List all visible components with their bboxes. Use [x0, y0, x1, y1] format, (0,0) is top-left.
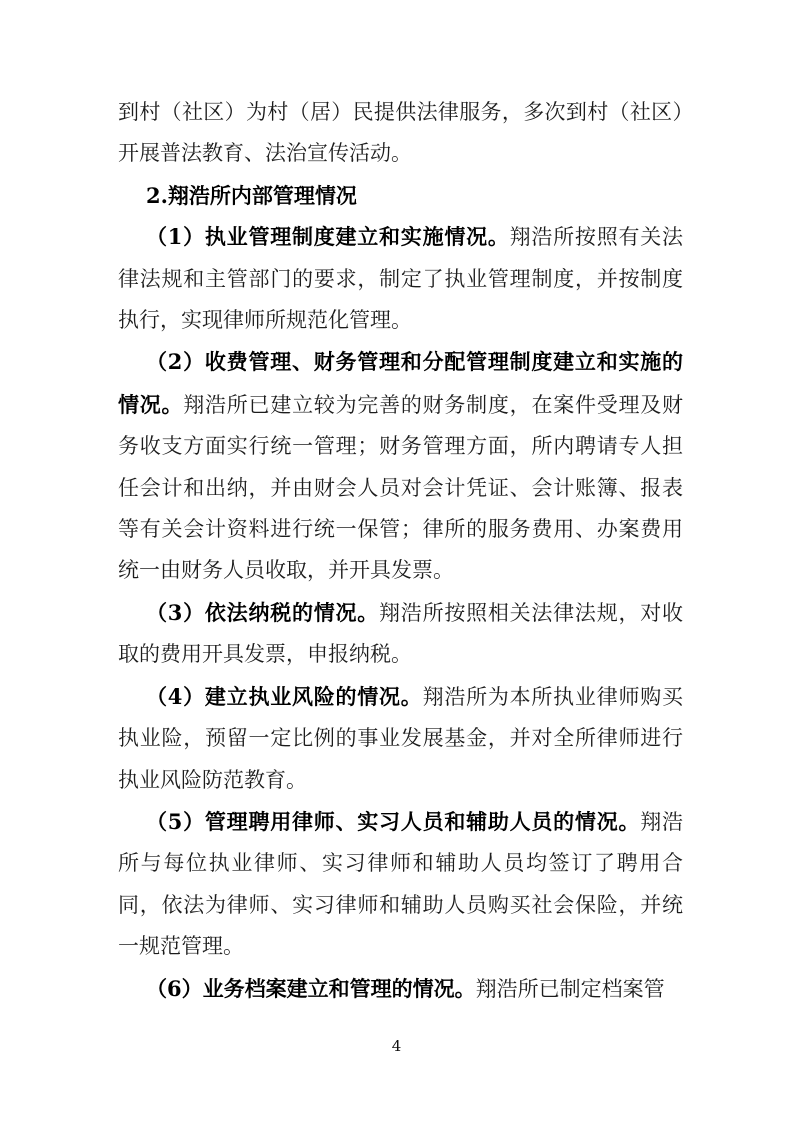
section-heading: 2.翔浩所内部管理情况: [118, 175, 683, 216]
paragraph-1-lead: （1）执业管理制度建立和实施情况。: [146, 224, 510, 249]
body-paragraph-1: （1）执业管理制度建立和实施情况。翔浩所按照有关法律法规和主管部门的要求，制定了…: [118, 216, 683, 341]
body-paragraph-5: （5）管理聘用律师、实习人员和辅助人员的情况。翔浩所与每位执业律师、实习律师和辅…: [118, 801, 683, 968]
continuation-paragraph: 到村（社区）为村（居）民提供法律服务，多次到村（社区）开展普法教育、法治宣传活动…: [118, 92, 683, 175]
body-paragraph-4: （4）建立执业风险的情况。翔浩所为本所执业律师购买执业险，预留一定比例的事业发展…: [118, 676, 683, 801]
paragraph-6-lead: （6）业务档案建立和管理的情况。: [146, 976, 476, 1001]
page-number: 4: [0, 1036, 793, 1056]
body-paragraph-3: （3）依法纳税的情况。翔浩所按照相关法律法规，对收取的费用开具发票，申报纳税。: [118, 592, 683, 676]
paragraph-6-text: 翔浩所已制定档案管: [476, 977, 665, 1001]
body-paragraph-2: （2）收费管理、财务管理和分配管理制度建立和实施的情况。翔浩所已建立较为完善的财…: [118, 341, 683, 591]
paragraph-4-lead: （4）建立执业风险的情况。: [146, 684, 423, 709]
document-body: 到村（社区）为村（居）民提供法律服务，多次到村（社区）开展普法教育、法治宣传活动…: [118, 92, 683, 1010]
paragraph-3-lead: （3）依法纳税的情况。: [146, 600, 379, 625]
paragraph-2-text: 翔浩所已建立较为完善的财务制度，在案件受理及财务收支方面实行统一管理；财务管理方…: [118, 393, 683, 583]
document-page: 到村（社区）为村（居）民提供法律服务，多次到村（社区）开展普法教育、法治宣传活动…: [0, 0, 793, 1122]
body-paragraph-6: （6）业务档案建立和管理的情况。翔浩所已制定档案管: [118, 968, 683, 1010]
paragraph-5-lead: （5）管理聘用律师、实习人员和辅助人员的情况。: [146, 809, 640, 834]
